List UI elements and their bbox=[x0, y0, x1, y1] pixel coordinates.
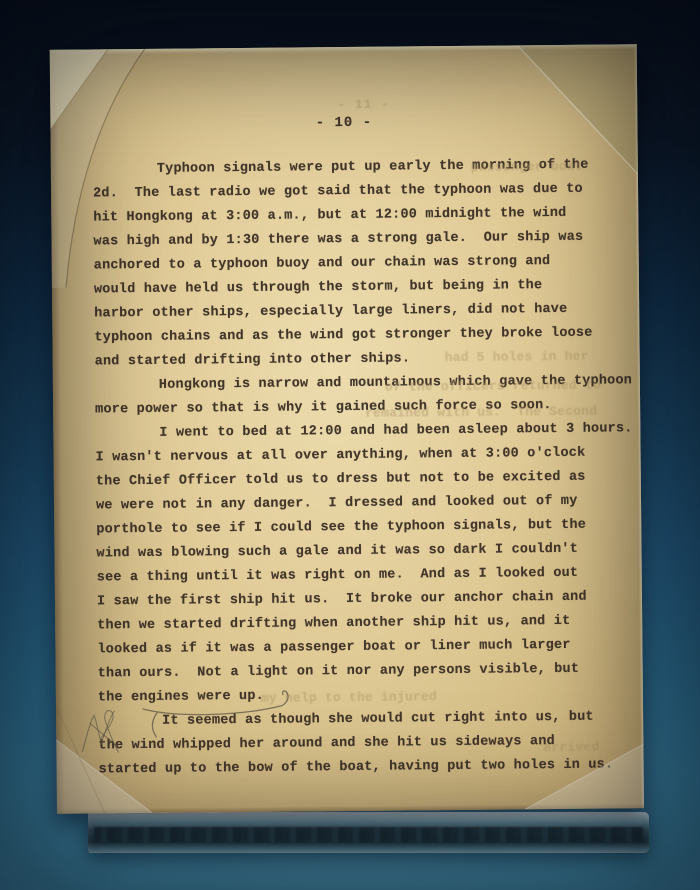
bleedthrough-fragment: arrived bbox=[543, 740, 599, 756]
typed-line: than ours. Not a light on it nor any per… bbox=[98, 657, 619, 686]
paper-left-edge-shadow bbox=[50, 50, 65, 814]
paper-right-edge-highlight bbox=[634, 44, 644, 808]
bleedthrough-fragment: of the officers returned to bbox=[385, 378, 601, 395]
bleedthrough-fragment: remained with us. The Second bbox=[365, 404, 597, 421]
bleedthrough-fragment: my help to the injured bbox=[261, 689, 437, 706]
typed-line: started up to the bow of the boat, havin… bbox=[98, 753, 619, 782]
typed-line: typhoon chains and as the wind got stron… bbox=[94, 321, 615, 350]
bleedthrough-fragment: passenger boat bbox=[471, 159, 583, 175]
bleedthrough-fragment: had 5 holes in her bbox=[445, 349, 589, 365]
stand-base-core bbox=[94, 827, 643, 842]
bleedthrough-page-number: - 11 - bbox=[337, 97, 390, 113]
typed-text-block: Typhoon signals were put up early the mo… bbox=[93, 153, 620, 782]
display-stand-base bbox=[88, 812, 649, 853]
typed-page: - 11 - - 10 - Typhoon signals were put u… bbox=[50, 44, 644, 814]
page-number: - 10 - bbox=[50, 112, 637, 134]
paper-top-edge-highlight bbox=[50, 44, 637, 55]
